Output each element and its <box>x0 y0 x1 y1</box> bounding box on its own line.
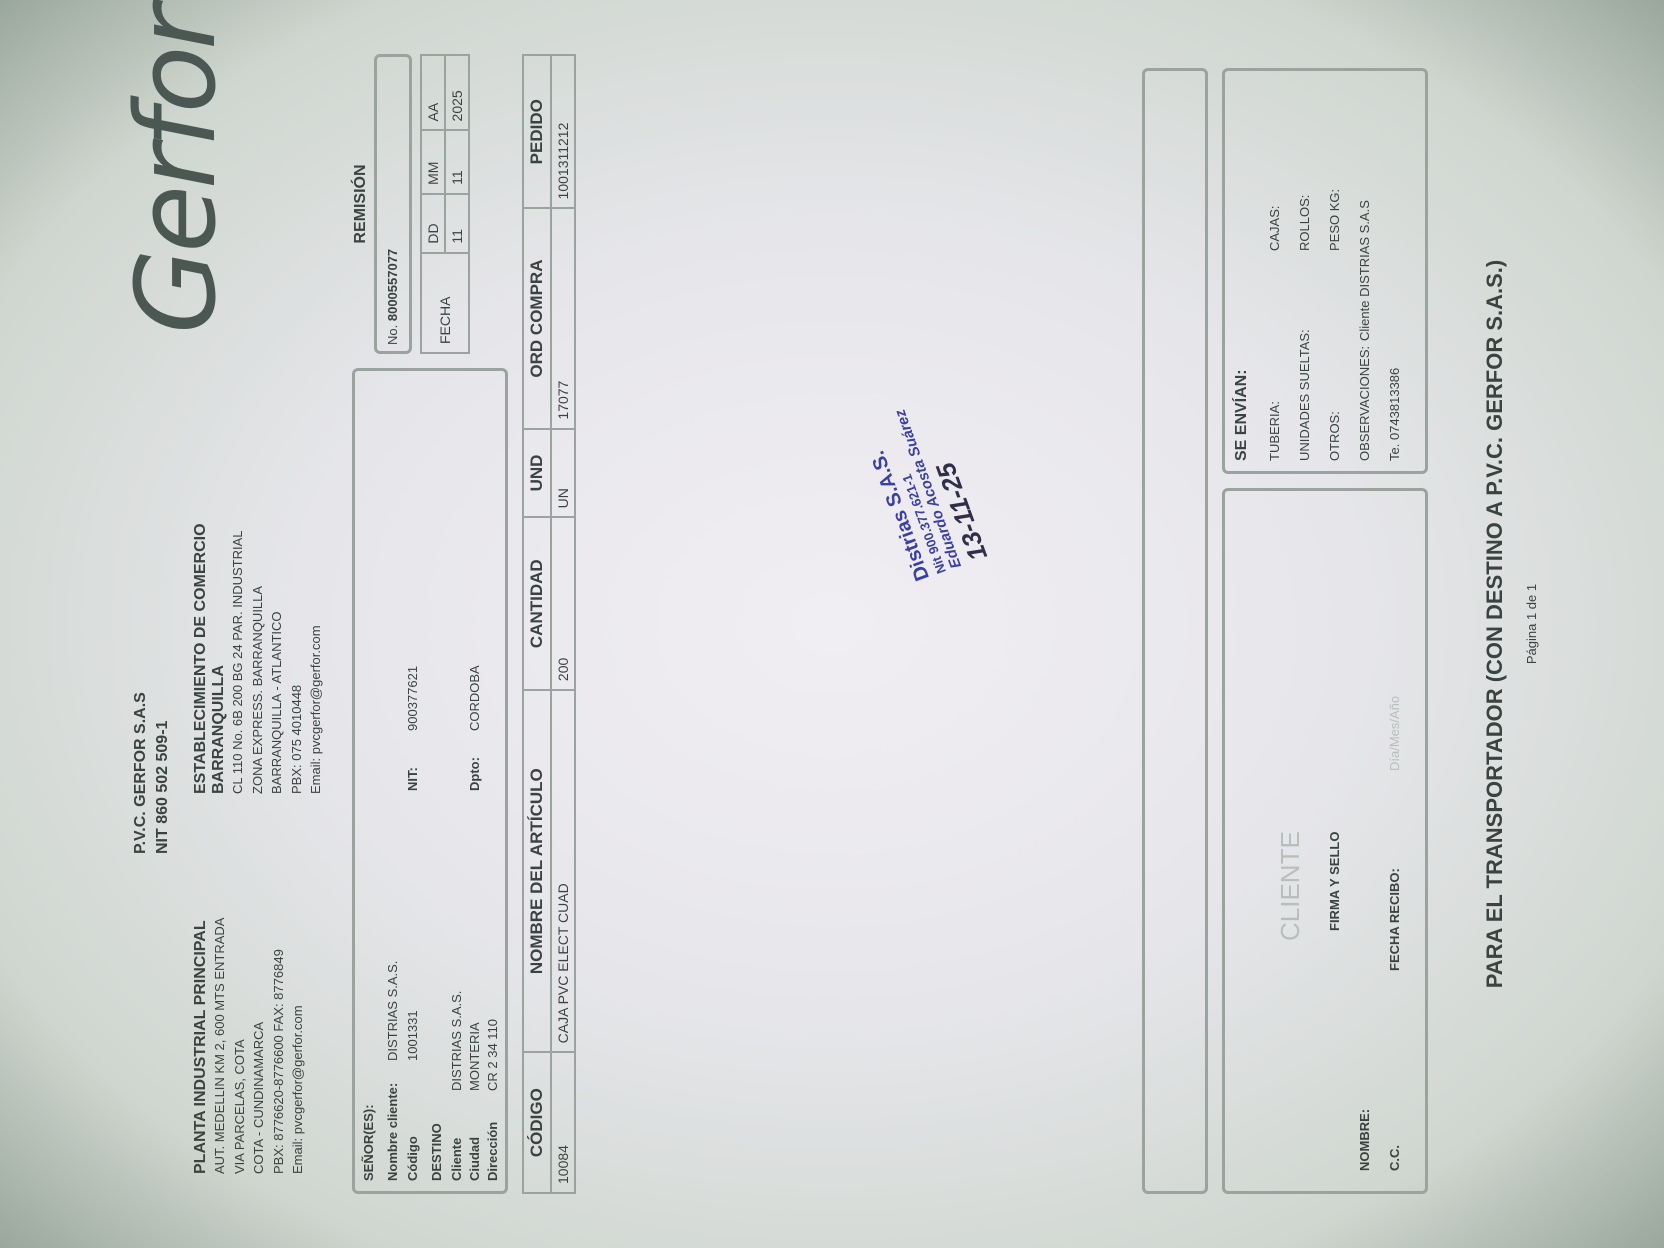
gerfor-logo: Gerfor <box>112 9 240 334</box>
plant-title: PLANTA INDUSTRIAL PRINCIPAL <box>192 874 210 1174</box>
company-name: P.V.C. GERFOR S.A.S <box>132 692 150 854</box>
branch-title: ESTABLECIMIENTO DE COMERCIO BARRANQUILLA <box>192 414 228 794</box>
company-nit: NIT 860 502 509-1 <box>154 721 172 854</box>
plant-info: P.V.C. GERFOR S.A.S PLANTA INDUSTRIAL PR… <box>192 874 308 1174</box>
client-box: SEÑOR(ES): Nombre cliente: DISTRIAS S.A.… <box>352 368 508 1194</box>
branch-info: ESTABLECIMIENTO DE COMERCIO BARRANQUILLA… <box>192 414 326 794</box>
remision-document: Gerfor P.V.C. GERFOR S.A.S NIT 860 502 5… <box>82 34 1582 1214</box>
remision-number: 8000557077 <box>385 249 400 321</box>
footer-destination: PARA EL TRANSPORTADOR (CON DESTINO A P.V… <box>1482 34 1508 1214</box>
receipt-box: CLIENTE FIRMA Y SELLO NOMBRE: C.C. FECHA… <box>1222 488 1428 1194</box>
distrias-stamp: Distrias S.A.S. Nit 900.377.621-1 Eduard… <box>856 397 994 584</box>
terms-text <box>1142 68 1208 1194</box>
remision-box: REMISIÓN No. 8000557077 FECHADDMMAA 1111… <box>352 54 470 354</box>
page-number: Página 1 de 1 <box>1522 34 1542 1214</box>
items-table: CÓDIGONOMBRE DEL ARTÍCULOCANTIDADUNDORD … <box>522 54 576 1194</box>
table-row: 10084CAJA PVC ELECT CUAD200UN17077100131… <box>551 55 575 1193</box>
date-table: FECHADDMMAA 11112025 <box>420 54 470 354</box>
shipment-box: SE ENVÍAN: TUBERIA: CAJAS: UNIDADES SUEL… <box>1222 68 1428 474</box>
